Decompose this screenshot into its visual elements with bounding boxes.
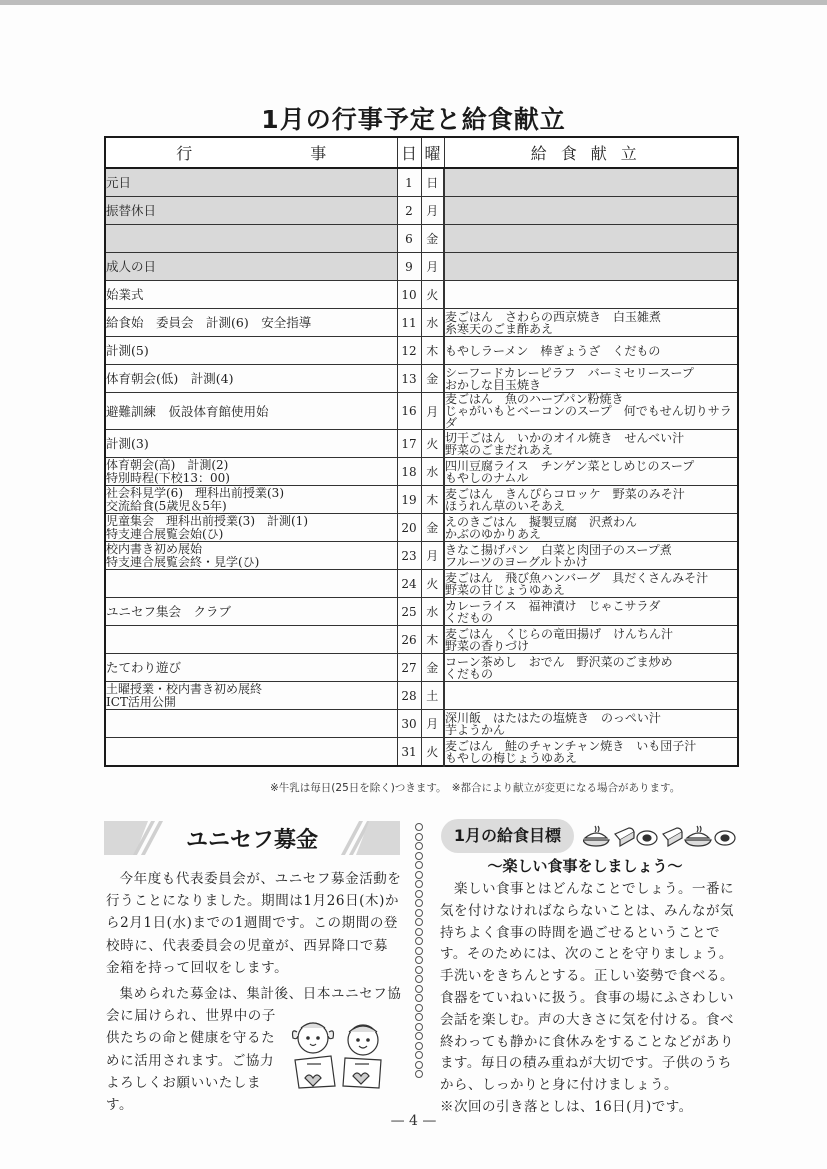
- menu-line: 野菜の香りづけ: [445, 640, 737, 652]
- unicef-paragraph-2-rest: 会に届けられ、世界中の子供たちの命と健康を守るために活用されます。ご協力よろしく…: [106, 1005, 281, 1116]
- menu-cell: えのきごはん 擬製豆腐 沢煮わんかぶのゆかりあえ: [444, 514, 738, 542]
- menu-cell: シーフードカレーピラフ バーミセリースープおかしな目玉焼き: [444, 365, 738, 393]
- event-line: 校内書き初め展始: [106, 543, 397, 556]
- event-cell: 元日: [105, 168, 397, 197]
- weekday-cell: 水: [421, 598, 444, 626]
- event-line: 避難訓練 仮設体育館使用始: [106, 405, 397, 418]
- table-row: 30月深川飯 はたはたの塩焼き のっぺい汁芋ようかん: [105, 710, 738, 738]
- smiley-face-icon: ‿: [415, 975, 423, 983]
- day-cell: 12: [397, 337, 421, 365]
- event-cell: 給食始 委員会 計測(6) 安全指導: [105, 309, 397, 337]
- menu-cell: [444, 682, 738, 710]
- smiley-face-icon: ‿: [415, 966, 423, 974]
- day-cell: 2: [397, 197, 421, 225]
- event-line: 社会科見学(6) 理科出前授業(3): [106, 487, 397, 500]
- menu-cell: カレーライス 福神漬け じゃこサラダくだもの: [444, 598, 738, 626]
- menu-line: えのきごはん 擬製豆腐 沢煮わん: [445, 516, 737, 528]
- event-line: 成人の日: [106, 260, 397, 273]
- menu-cell: 麦ごはん くじらの竜田揚げ けんちん汁野菜の香りづけ: [444, 626, 738, 654]
- weekday-cell: 水: [421, 458, 444, 486]
- menu-line: じゃがいもとベーコンのスープ 何でもせん切りサラダ: [445, 405, 737, 429]
- smiley-face-icon: ‿: [415, 1070, 423, 1078]
- day-cell: 25: [397, 598, 421, 626]
- smiley-face-icon: ‿: [415, 994, 423, 1002]
- menu-cell: [444, 197, 738, 225]
- menu-cell: コーン茶めし おでん 野沢菜のごま炒めくだもの: [444, 654, 738, 682]
- menu-line: もやしの梅じょうゆあえ: [445, 752, 737, 764]
- event-cell: 成人の日: [105, 253, 397, 281]
- day-cell: 11: [397, 309, 421, 337]
- smiley-face-icon: ‿: [415, 937, 423, 945]
- event-line: 交流給食(5歳児＆5年): [106, 500, 397, 513]
- day-cell: 17: [397, 430, 421, 458]
- smiley-face-icon: ‿: [415, 1013, 423, 1021]
- day-cell: 31: [397, 738, 421, 767]
- table-footnote: ※牛乳は毎日(25日を除く)つきます。 ※都合により献立が変更になる場合がありま…: [270, 780, 680, 795]
- menu-cell: 麦ごはん 魚のハーブパン粉焼きじゃがいもとベーコンのスープ 何でもせん切りサラダ: [444, 393, 738, 430]
- table-row: 26木麦ごはん くじらの竜田揚げ けんちん汁野菜の香りづけ: [105, 626, 738, 654]
- smiley-face-icon: ‿: [415, 842, 423, 850]
- smiley-face-icon: ‿: [415, 1051, 423, 1059]
- event-line: 土曜授業・校内書き初め展終: [106, 683, 397, 696]
- day-cell: 6: [397, 225, 421, 253]
- event-line: ユニセフ集会 クラブ: [106, 605, 397, 618]
- smiley-face-icon: ‿: [415, 909, 423, 917]
- weekday-cell: 日: [421, 168, 444, 197]
- event-line: 始業式: [106, 288, 397, 301]
- weekday-cell: 月: [421, 393, 444, 430]
- weekday-cell: 火: [421, 738, 444, 767]
- event-cell: 社会科見学(6) 理科出前授業(3)交流給食(5歳児＆5年): [105, 486, 397, 514]
- event-cell: [105, 570, 397, 598]
- children-donation-box-illustration: [283, 1018, 393, 1090]
- event-line: 元日: [106, 176, 397, 189]
- event-cell: [105, 626, 397, 654]
- event-line: 体育朝会(高) 計測(2): [106, 459, 397, 472]
- page-number: — 4 —: [0, 1113, 827, 1129]
- unicef-paragraph-1: 今年度も代表委員会が、ユニセフ募金活動を行うことになりました。期間は1月26日(…: [106, 868, 402, 979]
- menu-line: 麦ごはん きんぴらコロッケ 野菜のみそ汁: [445, 488, 737, 500]
- day-cell: 10: [397, 281, 421, 309]
- table-row: 成人の日9月: [105, 253, 738, 281]
- smiley-face-icon: ‿: [415, 899, 423, 907]
- smiley-face-icon: ‿: [415, 1004, 423, 1012]
- page-title: 1月の行事予定と給食献立: [0, 100, 827, 136]
- menu-line: もやしラーメン 棒ぎょうざ くだもの: [445, 345, 737, 357]
- menu-line: くだもの: [445, 612, 737, 624]
- event-cell: 避難訓練 仮設体育館使用始: [105, 393, 397, 430]
- event-line: 特別時程(下校13：00): [106, 472, 397, 485]
- event-line: 特支連合展覧会終・見学(ひ): [106, 556, 397, 569]
- weekday-cell: 火: [421, 570, 444, 598]
- event-cell: 児童集会 理科出前授業(3) 計測(1)特支連合展覧会始(ひ): [105, 514, 397, 542]
- menu-line: おかしな目玉焼き: [445, 379, 737, 391]
- day-cell: 19: [397, 486, 421, 514]
- menu-line: 麦ごはん 鮭のチャンチャン焼き いも団子汁: [445, 740, 737, 752]
- event-cell: 振替休日: [105, 197, 397, 225]
- event-line: ICT活用公開: [106, 696, 397, 709]
- table-row: 避難訓練 仮設体育館使用始16月麦ごはん 魚のハーブパン粉焼きじゃがいもとベーコ…: [105, 393, 738, 430]
- event-cell: ユニセフ集会 クラブ: [105, 598, 397, 626]
- event-cell: 始業式: [105, 281, 397, 309]
- unicef-heading: ユニセフ募金: [104, 821, 400, 857]
- smiley-face-icon: ‿: [415, 1023, 423, 1031]
- table-row: たてわり遊び27金コーン茶めし おでん 野沢菜のごま炒めくだもの: [105, 654, 738, 682]
- lunch-goal-body: 楽しい食事とはどんなことでしょう。一番に気を付けなければならないことは、みんなが…: [440, 879, 740, 1119]
- day-cell: 27: [397, 654, 421, 682]
- table-row: 24火麦ごはん 飛び魚ハンバーグ 具だくさんみそ汁野菜の甘じょうゆあえ: [105, 570, 738, 598]
- menu-cell: きなこ揚げパン 白菜と肉団子のスープ煮フルーツのヨーグルトかけ: [444, 542, 738, 570]
- day-cell: 16: [397, 393, 421, 430]
- table-row: 土曜授業・校内書き初め展終ICT活用公開28土: [105, 682, 738, 710]
- smiley-face-icon: ‿: [415, 1042, 423, 1050]
- header-weekday: 曜: [421, 137, 444, 168]
- smiley-face-icon: ‿: [415, 823, 423, 831]
- smiley-face-icon: ‿: [415, 985, 423, 993]
- day-cell: 30: [397, 710, 421, 738]
- smiley-face-icon: ‿: [415, 1061, 423, 1069]
- day-cell: 1: [397, 168, 421, 197]
- weekday-cell: 金: [421, 654, 444, 682]
- table-row: ユニセフ集会 クラブ25水カレーライス 福神漬け じゃこサラダくだもの: [105, 598, 738, 626]
- table-row: 計測(5)12木もやしラーメン 棒ぎょうざ くだもの: [105, 337, 738, 365]
- menu-line: 深川飯 はたはたの塩焼き のっぺい汁: [445, 712, 737, 724]
- menu-cell: [444, 225, 738, 253]
- event-line: 体育朝会(低) 計測(4): [106, 372, 397, 385]
- menu-cell: [444, 281, 738, 309]
- smiley-face-icon: ‿: [415, 880, 423, 888]
- event-cell: 体育朝会(低) 計測(4): [105, 365, 397, 393]
- food-icons-decoration: [583, 822, 738, 850]
- table-row: 児童集会 理科出前授業(3) 計測(1)特支連合展覧会始(ひ)20金えのきごはん…: [105, 514, 738, 542]
- smiley-face-icon: ‿: [415, 1032, 423, 1040]
- day-cell: 13: [397, 365, 421, 393]
- smiley-face-icon: ‿: [415, 956, 423, 964]
- event-cell: [105, 738, 397, 767]
- weekday-cell: 木: [421, 626, 444, 654]
- schedule-menu-table: 行 事 日 曜 給食献立 元日1日振替休日2月6金成人の日9月始業式10火給食始…: [104, 136, 739, 767]
- lunch-goal-badge: 1月の給食目標: [441, 819, 574, 853]
- menu-cell: 麦ごはん 飛び魚ハンバーグ 具だくさんみそ汁野菜の甘じょうゆあえ: [444, 570, 738, 598]
- smiley-face-icon: ‿: [415, 833, 423, 841]
- menu-line: 麦ごはん 飛び魚ハンバーグ 具だくさんみそ汁: [445, 572, 737, 584]
- event-line: 給食始 委員会 計測(6) 安全指導: [106, 316, 397, 329]
- header-menu: 給食献立: [444, 137, 738, 168]
- lunch-goal-paragraph: 楽しい食事とはどんなことでしょう。一番に気を付けなければならないことは、みんなが…: [440, 879, 740, 1097]
- menu-line: かぶのゆかりあえ: [445, 528, 737, 540]
- menu-cell: もやしラーメン 棒ぎょうざ くだもの: [444, 337, 738, 365]
- table-row: 始業式10火: [105, 281, 738, 309]
- event-line: たてわり遊び: [106, 661, 397, 674]
- event-cell: 計測(3): [105, 430, 397, 458]
- weekday-cell: 月: [421, 710, 444, 738]
- event-line: 児童集会 理科出前授業(3) 計測(1): [106, 515, 397, 528]
- event-line: 計測(3): [106, 437, 397, 450]
- day-cell: 28: [397, 682, 421, 710]
- unicef-paragraph-2-line-1: 集められた募金は、集計後、日本ユニセフ協: [106, 983, 402, 1005]
- weekday-cell: 月: [421, 197, 444, 225]
- weekday-cell: 木: [421, 486, 444, 514]
- top-edge-bar: [0, 0, 827, 5]
- event-cell: 計測(5): [105, 337, 397, 365]
- menu-cell: [444, 253, 738, 281]
- day-cell: 9: [397, 253, 421, 281]
- menu-cell: 切干ごはん いかのオイル焼き せんべい汁野菜のごまだれあえ: [444, 430, 738, 458]
- event-cell: 体育朝会(高) 計測(2)特別時程(下校13：00): [105, 458, 397, 486]
- menu-line: コーン茶めし おでん 野沢菜のごま炒め: [445, 656, 737, 668]
- event-line: 振替休日: [106, 204, 397, 217]
- weekday-cell: 月: [421, 253, 444, 281]
- menu-line: 切干ごはん いかのオイル焼き せんべい汁: [445, 432, 737, 444]
- table-row: 給食始 委員会 計測(6) 安全指導11水麦ごはん さわらの西京焼き 白玉雑煮糸…: [105, 309, 738, 337]
- event-cell: 土曜授業・校内書き初め展終ICT活用公開: [105, 682, 397, 710]
- menu-line: 糸寒天のごま酢あえ: [445, 323, 737, 335]
- menu-line: 四川豆腐ライス チンゲン菜としめじのスープ: [445, 460, 737, 472]
- event-line: 特支連合展覧会始(ひ): [106, 528, 397, 541]
- day-cell: 20: [397, 514, 421, 542]
- table-row: 振替休日2月: [105, 197, 738, 225]
- smiley-face-icon: ‿: [415, 918, 423, 926]
- lunch-goal-subtitle: ～楽しい食事をしましょう～: [420, 855, 750, 876]
- table-row: 体育朝会(低) 計測(4)13金シーフードカレーピラフ バーミセリースープおかし…: [105, 365, 738, 393]
- weekday-cell: 土: [421, 682, 444, 710]
- menu-line: カレーライス 福神漬け じゃこサラダ: [445, 600, 737, 612]
- weekday-cell: 木: [421, 337, 444, 365]
- smiley-face-icon: ‿: [415, 928, 423, 936]
- table-row: 計測(3)17火切干ごはん いかのオイル焼き せんべい汁野菜のごまだれあえ: [105, 430, 738, 458]
- menu-line: 麦ごはん さわらの西京焼き 白玉雑煮: [445, 311, 737, 323]
- menu-line: シーフードカレーピラフ バーミセリースープ: [445, 367, 737, 379]
- day-cell: 24: [397, 570, 421, 598]
- header-event: 行 事: [105, 137, 397, 168]
- weekday-cell: 火: [421, 430, 444, 458]
- weekday-cell: 水: [421, 309, 444, 337]
- weekday-cell: 月: [421, 542, 444, 570]
- menu-line: もやしのナムル: [445, 472, 737, 484]
- smiley-face-icon: ‿: [415, 947, 423, 955]
- event-line: 計測(5): [106, 344, 397, 357]
- table-row: 校内書き初め展始特支連合展覧会終・見学(ひ)23月きなこ揚げパン 白菜と肉団子の…: [105, 542, 738, 570]
- menu-cell: 四川豆腐ライス チンゲン菜としめじのスープもやしのナムル: [444, 458, 738, 486]
- event-cell: たてわり遊び: [105, 654, 397, 682]
- menu-cell: 麦ごはん 鮭のチャンチャン焼き いも団子汁もやしの梅じょうゆあえ: [444, 738, 738, 767]
- header-day: 日: [397, 137, 421, 168]
- menu-line: くだもの: [445, 668, 737, 680]
- menu-line: フルーツのヨーグルトかけ: [445, 556, 737, 568]
- weekday-cell: 金: [421, 365, 444, 393]
- menu-line: 野菜の甘じょうゆあえ: [445, 584, 737, 596]
- menu-line: きなこ揚げパン 白菜と肉団子のスープ煮: [445, 544, 737, 556]
- menu-cell: 麦ごはん きんぴらコロッケ 野菜のみそ汁ほうれん草のいそあえ: [444, 486, 738, 514]
- table-row: 社会科見学(6) 理科出前授業(3)交流給食(5歳児＆5年)19木麦ごはん きん…: [105, 486, 738, 514]
- menu-cell: 麦ごはん さわらの西京焼き 白玉雑煮糸寒天のごま酢あえ: [444, 309, 738, 337]
- day-cell: 23: [397, 542, 421, 570]
- day-cell: 26: [397, 626, 421, 654]
- event-cell: [105, 225, 397, 253]
- menu-line: 芋ようかん: [445, 724, 737, 736]
- menu-cell: 深川飯 はたはたの塩焼き のっぺい汁芋ようかん: [444, 710, 738, 738]
- weekday-cell: 金: [421, 225, 444, 253]
- event-cell: 校内書き初め展始特支連合展覧会終・見学(ひ): [105, 542, 397, 570]
- weekday-cell: 火: [421, 281, 444, 309]
- menu-line: 麦ごはん くじらの竜田揚げ けんちん汁: [445, 628, 737, 640]
- menu-cell: [444, 168, 738, 197]
- menu-line: 野菜のごまだれあえ: [445, 444, 737, 456]
- table-header-row: 行 事 日 曜 給食献立: [105, 137, 738, 168]
- table-row: 元日1日: [105, 168, 738, 197]
- unicef-title: ユニセフ募金: [104, 823, 400, 854]
- table-row: 6金: [105, 225, 738, 253]
- smiley-face-icon: ‿: [415, 890, 423, 898]
- table-row: 体育朝会(高) 計測(2)特別時程(下校13：00)18水四川豆腐ライス チンゲ…: [105, 458, 738, 486]
- event-cell: [105, 710, 397, 738]
- weekday-cell: 金: [421, 514, 444, 542]
- menu-line: ほうれん草のいそあえ: [445, 500, 737, 512]
- day-cell: 18: [397, 458, 421, 486]
- table-row: 31火麦ごはん 鮭のチャンチャン焼き いも団子汁もやしの梅じょうゆあえ: [105, 738, 738, 767]
